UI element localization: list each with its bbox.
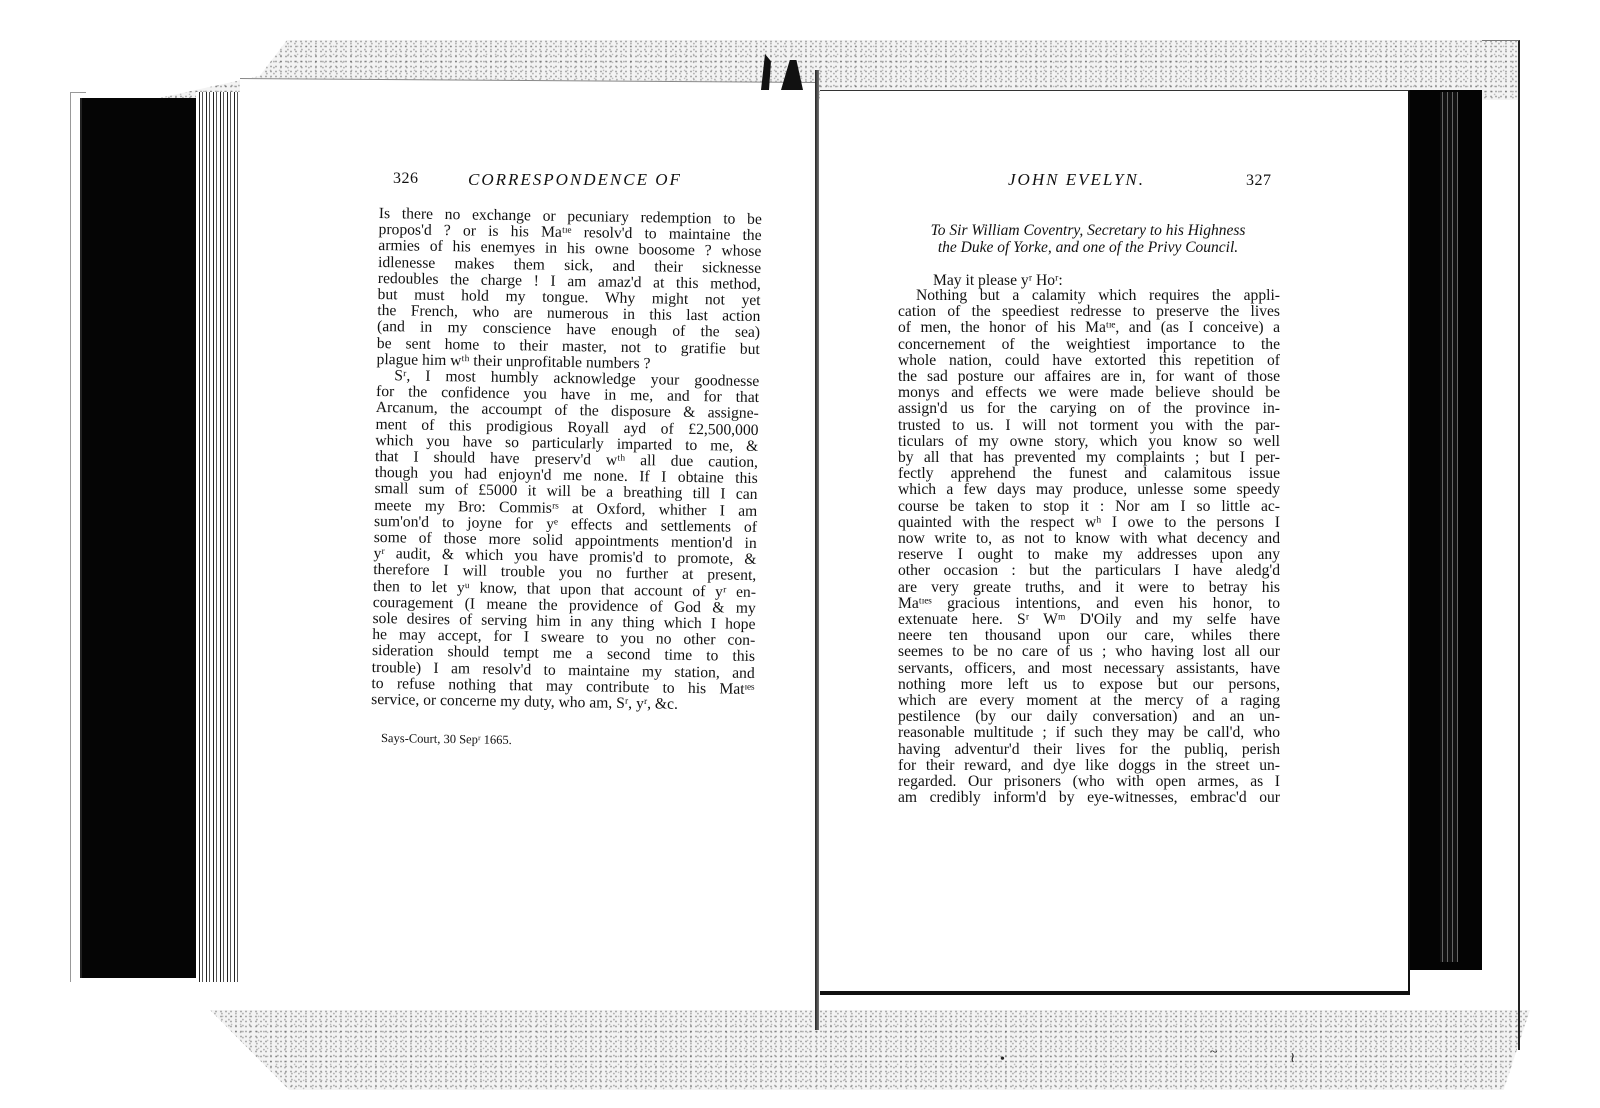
text-line: reserve I ought to make my addresses upo… — [898, 547, 1280, 563]
text-line: by all that has prevented my complaints … — [898, 450, 1280, 466]
letter-signoff: Says-Court, 30 Sepʳ 1665. — [381, 731, 512, 748]
text-line: Maᵗᶦᵉˢ gracious intentions, and even his… — [898, 596, 1280, 612]
text-line: assign'd us for the carying on of the pr… — [898, 401, 1280, 417]
text-line: which are every moment at the mercy of a… — [898, 693, 1280, 709]
text-line: regarded. Our prisoners (who with open a… — [898, 774, 1280, 790]
letter-heading-line-1: To Sir William Coventry, Secretary to hi… — [896, 222, 1280, 239]
letter-heading: To Sir William Coventry, Secretary to hi… — [896, 222, 1280, 256]
text-line: fectly apprehend the funest and calamito… — [898, 466, 1280, 482]
text-line: concernement of the weightiest importanc… — [898, 337, 1280, 353]
text-line: whole nation, could have extorted this r… — [898, 353, 1280, 369]
text-line: which a few days may produce, unlesse so… — [898, 482, 1280, 498]
scan-mark: • — [1000, 1052, 1005, 1068]
page-number-left: 326 — [393, 170, 419, 187]
bookmark-clip — [755, 50, 815, 92]
right-page-body: Nothing but a calamity which requires th… — [898, 288, 1280, 807]
text-line: course be taken to stop it : Nor am I so… — [898, 499, 1280, 515]
text-line: for their reward, and dye like doggs in … — [898, 758, 1280, 774]
page-number-right: 327 — [1246, 172, 1272, 189]
text-line: monys and effects we were made believe s… — [898, 385, 1280, 401]
text-line: cation of the speediest redresse to pres… — [898, 304, 1280, 320]
text-line: pestilence (by our daily conversation) a… — [898, 709, 1280, 725]
text-line: seemes to be no care of us ; who having … — [898, 644, 1280, 660]
text-line: quainted with the respect wʰ I owe to th… — [898, 515, 1280, 531]
left-running-head: 326 — [393, 168, 419, 188]
text-line: are very greate truths, and it were to b… — [898, 580, 1280, 596]
right-page-stack — [1440, 92, 1458, 962]
left-running-title: CORRESPONDENCE OF — [468, 170, 682, 190]
text-line: ticulars of my owne story, which you kno… — [898, 434, 1280, 450]
text-line: reasonable multitude ; if such they may … — [898, 725, 1280, 741]
right-running-title: JOHN EVELYN. — [1008, 170, 1145, 190]
left-page-body: Is there no exchange or pecuniary redemp… — [371, 206, 762, 714]
text-line: of men, the honor of his Maᵗᶦᵉ, and (as … — [898, 320, 1280, 336]
letter-heading-line-2: the Duke of Yorke, and one of the Privy … — [896, 239, 1280, 256]
text-line: other occasion : but the particulars I h… — [898, 563, 1280, 579]
text-line: neere ten thousand upon our care, whiles… — [898, 628, 1280, 644]
text-line: servants, officers, and most necessary a… — [898, 661, 1280, 677]
text-line: now write to, as not to know with what d… — [898, 531, 1280, 547]
book-scan: 326 CORRESPONDENCE OF Is there no exchan… — [0, 0, 1600, 1108]
right-board-edge — [1482, 40, 1520, 1050]
left-cover — [80, 98, 198, 978]
text-line: nothing more left us to expose but our p… — [898, 677, 1280, 693]
text-line: Nothing but a calamity which requires th… — [898, 288, 1280, 304]
text-line: the sad posture our affaires are in, for… — [898, 369, 1280, 385]
right-running-head: 327 — [1246, 170, 1272, 190]
scanner-bed-bottom — [210, 1010, 1530, 1090]
text-line: trusted to us. I will not torment you wi… — [898, 418, 1280, 434]
text-line: extenuate here. Sʳ Wᵐ D'Oily and my self… — [898, 612, 1280, 628]
scan-mark: ≀ — [1290, 1050, 1295, 1067]
text-line: having adventur'd their lives for the pu… — [898, 742, 1280, 758]
left-page-stack — [196, 92, 246, 982]
book-gutter — [815, 70, 819, 1030]
scan-mark: ~ — [1210, 1045, 1218, 1061]
text-line: am credibly inform'd by eye-witnesses, e… — [898, 790, 1280, 806]
